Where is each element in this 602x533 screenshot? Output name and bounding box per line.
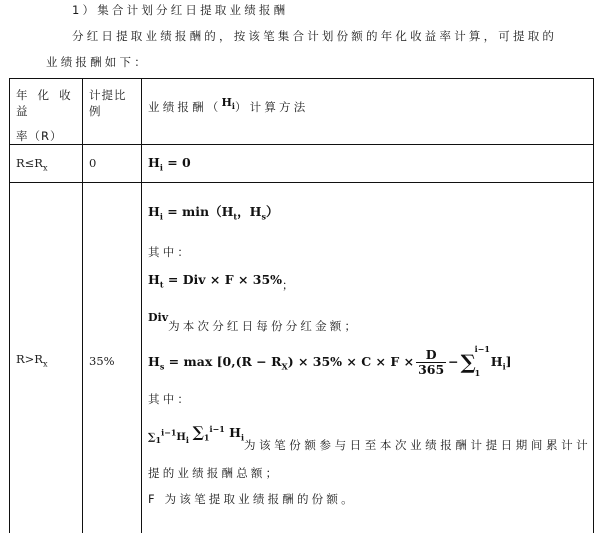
row2-ratio: 35%: [83, 183, 142, 533]
row1-condition: R≤Rx: [10, 145, 83, 183]
formula-hs: Hs = max [0,(R − RX) × 35% × C × F ×D365…: [148, 348, 587, 377]
header-calc-suffix: ）计算方法: [235, 100, 309, 114]
paragraph-line-1: 分红日提取业绩报酬的，按该笔集合计划份额的年化收益率计算，可提取的: [72, 28, 557, 44]
section-heading: 1）集合计划分红日提取业绩报酬: [72, 2, 288, 18]
header-annual-return-line1: 年 化 收 益: [16, 87, 76, 119]
row1-ratio: 0: [83, 145, 142, 183]
where-label-2: 其中：: [148, 391, 587, 407]
header-calc-method-label: 业绩报酬（Hi）计算方法: [148, 96, 587, 115]
row1-formula: Hi = 0: [142, 145, 594, 183]
header-calc-symbol: Hi: [222, 96, 235, 109]
formula-ht: Ht = Div × F × 35%；: [148, 272, 587, 293]
table-row: R≤Rx 0 Hi = 0: [10, 145, 594, 183]
table-row: R>Rx 35% Hi = min（Ht，Hs） 其中： Ht = Div × …: [10, 183, 594, 533]
header-calc-method: 业绩报酬（Hi）计算方法: [142, 79, 594, 145]
header-ratio-label: 计提比例: [89, 87, 135, 119]
sum-description-line1: ∑1i−1Hi ∑1i−1 Hi为该笔份额参与日至本次业绩报酬计提日期间累计计: [148, 423, 587, 453]
header-annual-return-line2: 率（R）: [16, 128, 76, 144]
row2-formula-block: Hi = min（Ht，Hs） 其中： Ht = Div × F × 35%； …: [142, 183, 594, 533]
header-annual-return-rate: 年 化 收 益 率（R）: [10, 79, 83, 145]
fraction-d-365: D365: [416, 348, 446, 377]
div-description: Div为本次分红日每份分红金额；: [148, 311, 587, 334]
sum-icon: ∑i−11: [461, 350, 476, 374]
header-calc-prefix: 业绩报酬（: [148, 100, 222, 114]
row2-condition: R>Rx: [10, 183, 83, 533]
paragraph-line-2: 业绩报酬如下：: [46, 54, 149, 70]
table-header-row: 年 化 收 益 率（R） 计提比例 业绩报酬（Hi）计算方法: [10, 79, 594, 145]
f-description: F 为该笔提取业绩报酬的份额。: [148, 491, 587, 507]
sum-description-line2: 提的业绩报酬总额；: [148, 465, 587, 481]
where-label-1: 其中：: [148, 244, 587, 260]
formula-hi-min: Hi = min（Ht，Hs）: [148, 202, 587, 222]
header-ratio: 计提比例: [83, 79, 142, 145]
performance-fee-table: 年 化 收 益 率（R） 计提比例 业绩报酬（Hi）计算方法 R≤Rx 0 Hi…: [9, 78, 594, 533]
